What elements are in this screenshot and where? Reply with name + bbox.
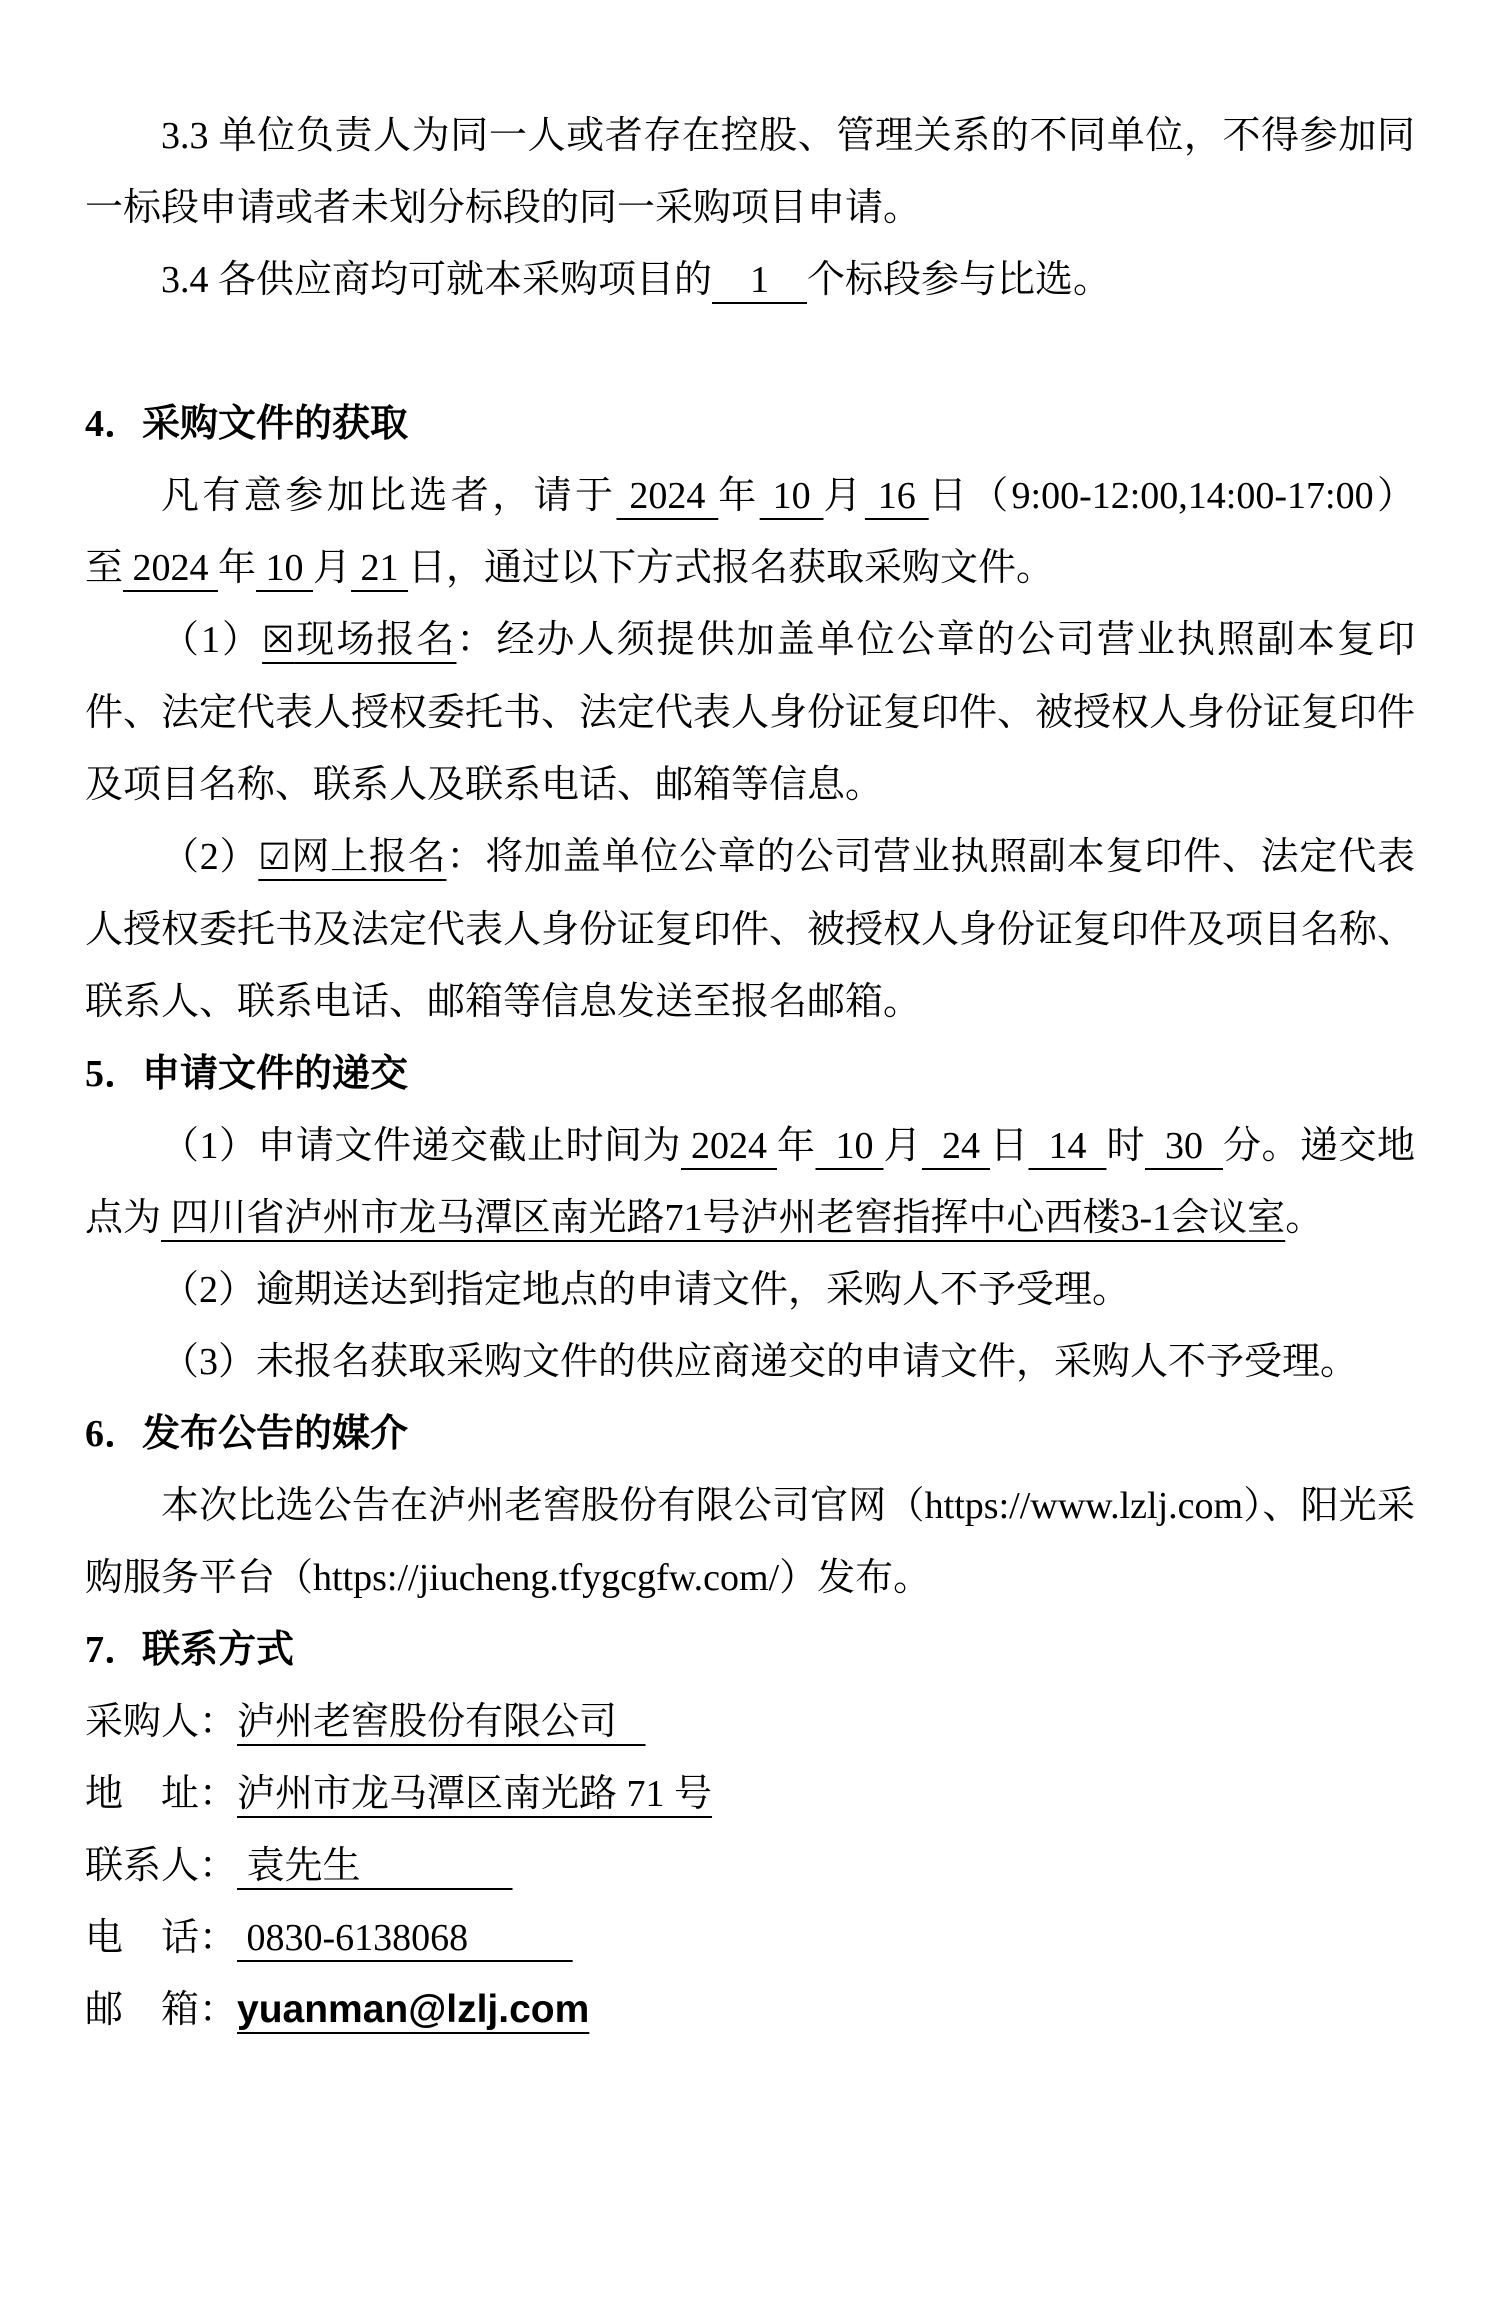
list-number: （2） — [161, 836, 258, 878]
paragraph-3-4-pre: 3.4 各供应商均可就本采购项目的 — [161, 259, 712, 301]
text-segment: 日 — [990, 1125, 1029, 1167]
contact-email-label: 邮 箱： — [85, 1989, 237, 2031]
paragraph-3-3-text: 3.3 单位负责人为同一人或者存在控股、管理关系的不同单位，不得参加同一标段申请… — [85, 115, 1415, 229]
date-month-blank: 10 — [760, 475, 824, 517]
online-signup-label: 网上报名 — [291, 836, 447, 878]
text-segment: 。 — [1285, 1197, 1323, 1239]
document-page: 3.3 单位负责人为同一人或者存在控股、管理关系的不同单位，不得参加同一标段申请… — [0, 0, 1500, 2317]
contact-email-value: yuanman@lzlj.com — [237, 1988, 589, 2031]
contact-person-row: 联系人： 袁先生 — [85, 1830, 1415, 1902]
contact-phone-row: 电 话： 0830-6138068 — [85, 1902, 1415, 1974]
deadline-month-blank: 10 — [815, 1125, 883, 1167]
section-heading-7: 7．联系方式 — [85, 1614, 1415, 1686]
paragraph-6-1-media: 本次比选公告在泸州老窖股份有限公司官网（https://www.lzlj.com… — [85, 1470, 1415, 1614]
contact-address-row: 地 址：泸州市龙马潭区南光路 71 号 — [85, 1758, 1415, 1830]
checkbox-checked-icon: ☑ — [258, 837, 290, 878]
deadline-minute-blank: 30 — [1145, 1125, 1223, 1167]
paragraph-4-1-onsite-signup: （1）☒现场报名：经办人须提供加盖单位公章的公司营业执照副本复印件、法定代表人授… — [85, 604, 1415, 821]
paragraph-3-4: 3.4 各供应商均可就本采购项目的 1 个标段参与比选。 — [85, 244, 1415, 316]
contact-person-value: 袁先生 — [237, 1845, 513, 1887]
contact-phone-label: 电 话： — [85, 1917, 237, 1959]
text-segment: 年 — [218, 547, 256, 589]
paragraph-3-4-post: 个标段参与比选。 — [807, 259, 1111, 301]
text-segment: （1）申请文件递交截止时间为 — [161, 1125, 681, 1167]
contact-block: 采购人：泸州老窖股份有限公司 地 址：泸州市龙马潭区南光路 71 号 联系人： … — [85, 1686, 1415, 2046]
paragraph-5-3: （3）未报名获取采购文件的供应商递交的申请文件，采购人不予受理。 — [85, 1326, 1415, 1398]
submission-address: 四川省泸州市龙马潭区南光路71号泸州老窖指挥中心西楼3-1会议室 — [161, 1197, 1285, 1239]
checkbox-x-marked-icon: ☒ — [262, 620, 294, 661]
deadline-year-blank: 2024 — [681, 1125, 777, 1167]
text-segment: ： — [456, 619, 496, 661]
date-year-blank: 2024 — [123, 547, 218, 589]
onsite-signup-label: 现场报名 — [294, 619, 456, 661]
text-segment: 月 — [824, 475, 865, 517]
date-month-blank: 10 — [256, 547, 313, 589]
paragraph-5-1-deadline: （1）申请文件递交截止时间为 2024 年 10 月 24 日 14 时 30 … — [85, 1110, 1415, 1254]
section-heading-4: 4．采购文件的获取 — [85, 388, 1415, 460]
blank-line — [85, 316, 1415, 388]
section-heading-5: 5．申请文件的递交 — [85, 1038, 1415, 1110]
contact-buyer-label: 采购人： — [85, 1701, 237, 1743]
contact-email-row: 邮 箱：yuanman@lzlj.com — [85, 1974, 1415, 2046]
text-segment: 时 — [1106, 1125, 1145, 1167]
section-heading-6: 6．发布公告的媒介 — [85, 1398, 1415, 1470]
contact-address-label: 地 址： — [85, 1773, 237, 1815]
text-segment: 年 — [718, 475, 759, 517]
text-segment: 年 — [777, 1125, 816, 1167]
paragraph-5-2: （2）逾期送达到指定地点的申请文件，采购人不予受理。 — [85, 1254, 1415, 1326]
paragraph-4-2-online-signup: （2）☑网上报名：将加盖单位公章的公司营业执照副本复印件、法定代表人授权委托书及… — [85, 821, 1415, 1038]
deadline-hour-blank: 14 — [1028, 1125, 1106, 1167]
lot-count-blank: 1 — [712, 259, 807, 301]
date-day-blank: 21 — [351, 547, 408, 589]
list-number: （1） — [161, 619, 262, 661]
contact-address-value: 泸州市龙马潭区南光路 71 号 — [237, 1773, 712, 1815]
contact-buyer-value: 泸州老窖股份有限公司 — [237, 1701, 646, 1743]
text-segment: 凡有意参加比选者，请于 — [161, 475, 616, 517]
text-segment: 月 — [883, 1125, 922, 1167]
deadline-day-blank: 24 — [922, 1125, 990, 1167]
date-day-blank: 16 — [865, 475, 929, 517]
contact-person-label: 联系人： — [85, 1845, 237, 1887]
text-segment: 月 — [313, 547, 351, 589]
date-year-blank: 2024 — [616, 475, 718, 517]
paragraph-4-intro: 凡有意参加比选者，请于 2024 年 10 月 16 日（9:00-12:00,… — [85, 460, 1415, 604]
contact-phone-value: 0830-6138068 — [237, 1917, 573, 1959]
text-segment: ： — [446, 836, 485, 878]
contact-buyer-row: 采购人：泸州老窖股份有限公司 — [85, 1686, 1415, 1758]
paragraph-3-3: 3.3 单位负责人为同一人或者存在控股、管理关系的不同单位，不得参加同一标段申请… — [85, 100, 1415, 244]
text-segment: 日，通过以下方式报名获取采购文件。 — [408, 547, 1054, 589]
